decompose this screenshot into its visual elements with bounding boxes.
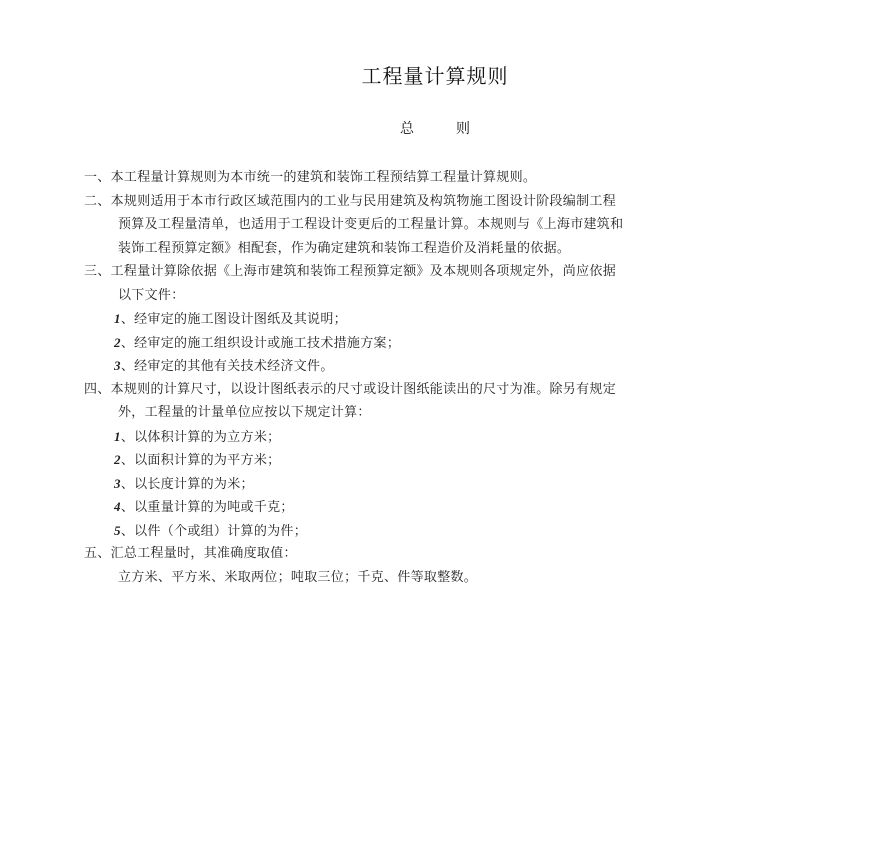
clause-4-item-5: 5、以件（个或组）计算的为件； <box>84 519 794 543</box>
clause-3-item-3: 3、经审定的其他有关技术经济文件。 <box>84 354 794 378</box>
clause-5-continuation: 立方米、平方米、米取两位；吨取三位；千克、件等取整数。 <box>84 566 794 590</box>
clause-4-item-3: 3、以长度计算的为米； <box>84 472 794 496</box>
clause-3-item-2: 2、经审定的施工组织设计或施工技术措施方案； <box>84 331 794 355</box>
item-text: 、以体积计算的为立方米； <box>121 430 281 445</box>
item-number: 1 <box>114 429 121 444</box>
item-text: 、以长度计算的为米； <box>121 477 254 492</box>
clause-4: 四、本规则的计算尺寸，以设计图纸表示的尺寸或设计图纸能读出的尺寸为准。除另有规定 <box>84 378 794 402</box>
clause-marker: 一、 <box>84 170 111 185</box>
clause-3: 三、工程量计算除依据《上海市建筑和装饰工程预算定额》及本规则各项规定外，尚应依据 <box>84 260 794 284</box>
document-page: 工程量计算规则 总则 一、本工程量计算规则为本市统一的建筑和装饰工程预结算工程量… <box>0 0 870 842</box>
item-text: 、以面积计算的为平方米； <box>121 453 281 468</box>
clause-marker: 四、 <box>84 382 111 397</box>
clause-4-continuation: 外，工程量的计量单位应按以下规定计算： <box>84 401 794 425</box>
clause-text: 工程量计算除依据《上海市建筑和装饰工程预算定额》及本规则各项规定外，尚应依据 <box>111 264 616 279</box>
clause-4-item-1: 1、以体积计算的为立方米； <box>84 425 794 449</box>
item-number: 4 <box>114 499 121 514</box>
document-body: 一、本工程量计算规则为本市统一的建筑和装饰工程预结算工程量计算规则。 二、本规则… <box>84 166 794 589</box>
clause-marker: 五、 <box>84 546 111 561</box>
clause-2: 二、本规则适用于本市行政区域范围内的工业与民用建筑及构筑物施工图设计阶段编制工程 <box>84 190 794 214</box>
clause-3-item-1: 1、经审定的施工图设计图纸及其说明； <box>84 307 794 331</box>
item-text: 、经审定的其他有关技术经济文件。 <box>121 359 334 374</box>
item-text: 、经审定的施工图设计图纸及其说明； <box>121 312 347 327</box>
clause-1: 一、本工程量计算规则为本市统一的建筑和装饰工程预结算工程量计算规则。 <box>84 166 794 190</box>
item-number: 3 <box>114 358 121 373</box>
document-title: 工程量计算规则 <box>0 60 870 89</box>
item-number: 3 <box>114 476 121 491</box>
section-heading-char-1: 总 <box>400 118 414 138</box>
clause-4-item-4: 4、以重量计算的为吨或千克； <box>84 495 794 519</box>
clause-marker: 二、 <box>84 194 111 209</box>
clause-4-item-2: 2、以面积计算的为平方米； <box>84 448 794 472</box>
clause-2-continuation: 预算及工程量清单，也适用于工程设计变更后的工程量计算。本规则与《上海市建筑和 <box>84 213 794 237</box>
section-heading-char-2: 则 <box>456 118 470 138</box>
clause-marker: 三、 <box>84 264 111 279</box>
section-heading: 总则 <box>0 118 870 138</box>
clause-3-continuation: 以下文件： <box>84 284 794 308</box>
item-number: 5 <box>114 523 121 538</box>
clause-text: 本工程量计算规则为本市统一的建筑和装饰工程预结算工程量计算规则。 <box>111 170 537 185</box>
clause-text: 本规则的计算尺寸，以设计图纸表示的尺寸或设计图纸能读出的尺寸为准。除另有规定 <box>111 382 616 397</box>
item-number: 1 <box>114 311 121 326</box>
item-text: 、经审定的施工组织设计或施工技术措施方案； <box>121 336 400 351</box>
clause-text: 汇总工程量时，其准确度取值： <box>111 546 297 561</box>
clause-2-continuation: 装饰工程预算定额》相配套，作为确定建筑和装饰工程造价及消耗量的依据。 <box>84 237 794 261</box>
clause-5: 五、汇总工程量时，其准确度取值： <box>84 542 794 566</box>
clause-text: 本规则适用于本市行政区域范围内的工业与民用建筑及构筑物施工图设计阶段编制工程 <box>111 194 616 209</box>
item-text: 、以件（个或组）计算的为件； <box>121 524 307 539</box>
item-number: 2 <box>114 335 121 350</box>
item-number: 2 <box>114 452 121 467</box>
item-text: 、以重量计算的为吨或千克； <box>121 500 294 515</box>
